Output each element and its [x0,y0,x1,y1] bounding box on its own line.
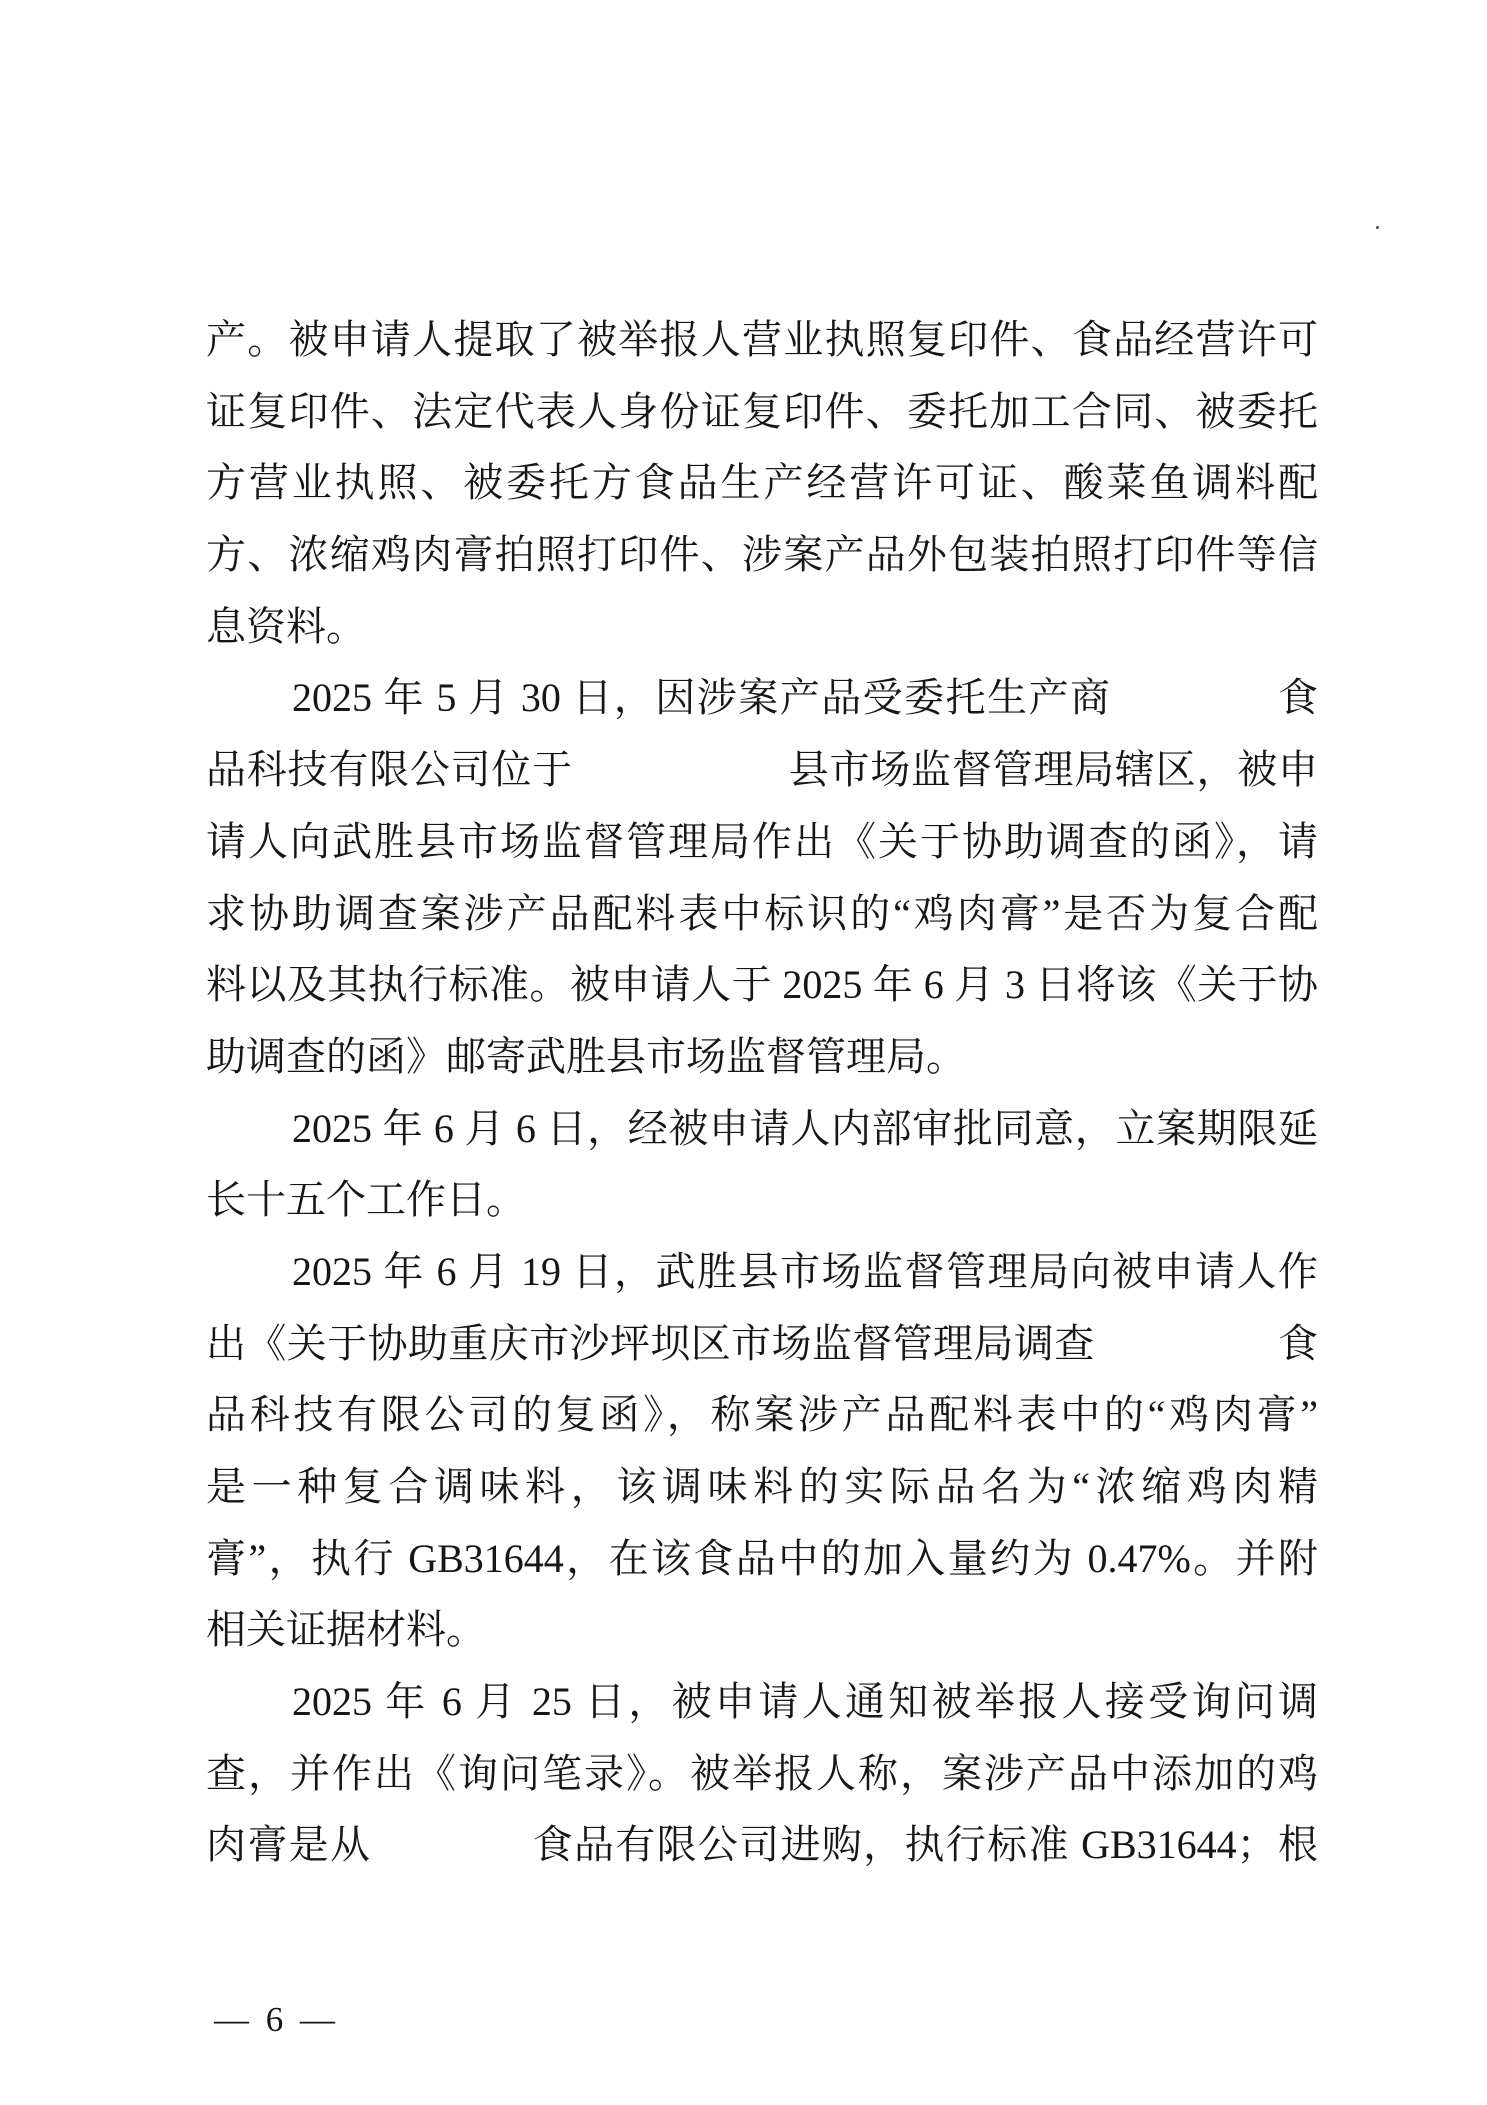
text-line: 品科技有限公司位于县市场监督管理局辖区，被申 [206,734,1318,806]
text-line: 助调查的函》邮寄武胜县市场监督管理局。 [206,1021,1318,1093]
text-line: 方营业执照、被委托方食品生产经营许可证、酸菜鱼调料配 [206,447,1318,519]
text-line: 请人向武胜县市场监督管理局作出《关于协助调查的函》，请 [206,806,1318,878]
page-body-text: 产。被申请人提取了被举报人营业执照复印件、食品经营许可 证复印件、法定代表人身份… [206,304,1318,1881]
text-line: 膏”，执行 GB31644，在该食品中的加入量约为 0.47%。并附 [206,1523,1318,1595]
page-number-footer: — 6 — [214,2000,339,2040]
redacted-blank [1112,709,1277,711]
text-line: 出《关于协助重庆市沙坪坝区市场监督管理局调查食 [206,1308,1318,1380]
document-page: 产。被申请人提取了被举报人营业执照复印件、食品经营许可 证复印件、法定代表人身份… [0,0,1487,2105]
text-line: 品科技有限公司的复函》，称案涉产品配料表中的“鸡肉膏” [206,1379,1318,1451]
text-line: 2025 年 6 月 25 日，被申请人通知被举报人接受询问调 [206,1666,1318,1738]
redacted-blank [573,781,788,783]
text-line: 料以及其执行标准。被申请人于 2025 年 6 月 3 日将该《关于协 [206,949,1318,1021]
text-line: 2025 年 6 月 6 日，经被申请人内部审批同意，立案期限延 [206,1093,1318,1165]
text-line: 求协助调查案涉产品配料表中标识的“鸡肉膏”是否为复合配 [206,878,1318,950]
text-line: 证复印件、法定代表人身份证复印件、委托加工合同、被委托 [206,376,1318,448]
scan-speck-dot [1376,226,1379,229]
redacted-blank [1095,1355,1278,1357]
text-line: 产。被申请人提取了被举报人营业执照复印件、食品经营许可 [206,304,1318,376]
text-line: 相关证据材料。 [206,1594,1318,1666]
redacted-blank [371,1856,531,1858]
text-line: 查，并作出《询问笔录》。被举报人称，案涉产品中添加的鸡 [206,1738,1318,1810]
text-line: 方、浓缩鸡肉膏拍照打印件、涉案产品外包装拍照打印件等信 [206,519,1318,591]
text-line: 2025 年 5 月 30 日，因涉案产品受委托生产商食 [206,662,1318,734]
text-line: 是一种复合调味料，该调味料的实际品名为“浓缩鸡肉精 [206,1451,1318,1523]
text-line: 肉膏是从食品有限公司进购，执行标准 GB31644；根 [206,1809,1318,1881]
text-line: 息资料。 [206,591,1318,663]
text-line: 2025 年 6 月 19 日，武胜县市场监督管理局向被申请人作 [206,1236,1318,1308]
text-line: 长十五个工作日。 [206,1164,1318,1236]
